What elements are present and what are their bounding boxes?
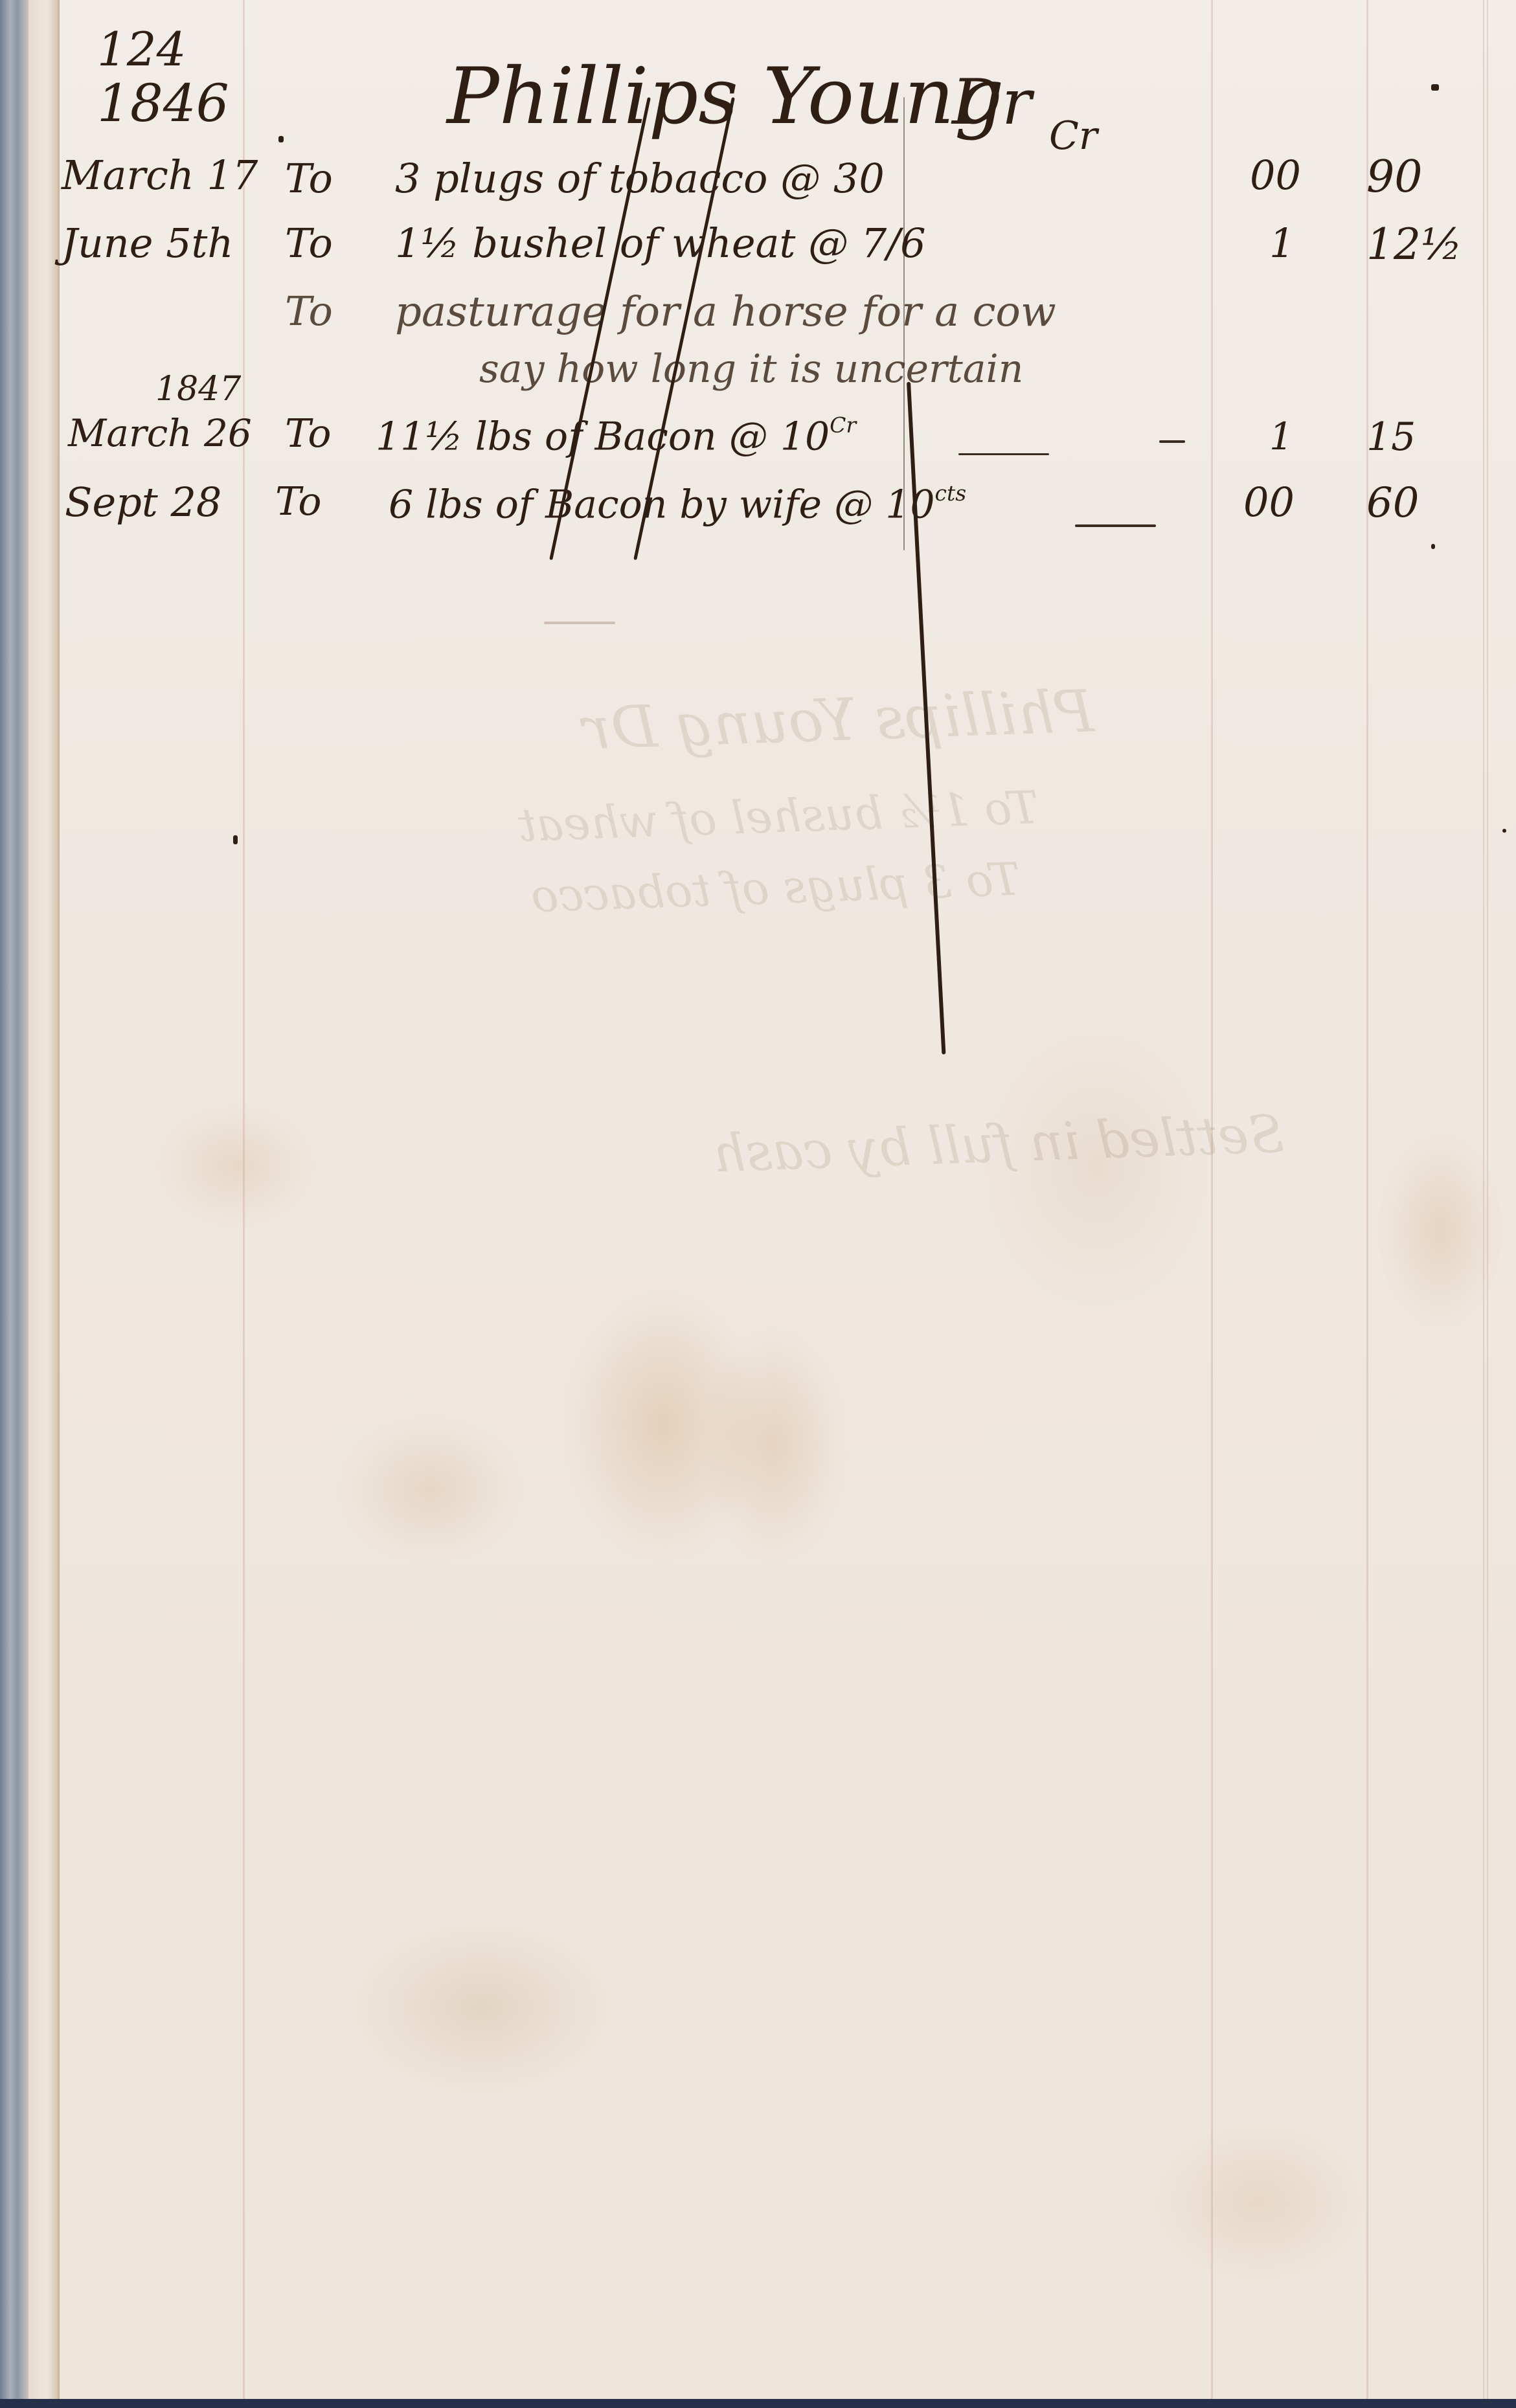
background-strip (0, 2399, 1516, 2408)
entry-cents: 90 (1366, 155, 1423, 199)
ruled-line-dollars-column (1211, 0, 1213, 2399)
entry-prefix: To (275, 482, 321, 521)
year-label: 1846 (97, 78, 229, 129)
entry-dollars: 1 (1269, 418, 1293, 455)
entry-prefix: To (285, 414, 331, 453)
entry-date: Sept 28 (65, 482, 221, 523)
year-label: 1847 (155, 372, 241, 406)
ink-speck (1431, 84, 1439, 91)
book-binding-edge (0, 0, 28, 2408)
entry-description: pasturage for a horse for a cow (395, 291, 1056, 333)
entry-cents: 12½ (1366, 223, 1462, 266)
smudge-mark (544, 622, 615, 624)
entry-description: 11½ lbs of Bacon @ 10Cr (376, 414, 856, 456)
ink-speck (1431, 544, 1435, 549)
ink-speck (233, 835, 238, 844)
entry-description: 1½ bushel of wheat @ 7/6 (395, 223, 926, 264)
dotted-guide-line (903, 97, 905, 550)
entry-description-sup: cts (935, 480, 967, 506)
entry-cents: 60 (1366, 482, 1419, 524)
entry-cents: 15 (1366, 418, 1416, 456)
entry-description-text: 6 lbs of Bacon by wife @ 10 (389, 482, 935, 527)
page-number: 124 (97, 26, 186, 73)
cts-overline-mark (958, 453, 1049, 455)
dash-mark (1159, 440, 1185, 443)
entry-dollars: 00 (1250, 155, 1301, 196)
entry-date: March 17 (62, 155, 258, 196)
underline-mark (1075, 524, 1156, 527)
entry-description-text: 11½ lbs of Bacon @ 10 (376, 414, 830, 459)
ruled-line-cents-column (1366, 0, 1368, 2399)
entry-date: June 5th (62, 223, 233, 264)
entry-date: March 26 (68, 414, 252, 452)
account-debit-label: Dr (952, 71, 1032, 133)
ink-speck (278, 136, 284, 142)
ruled-line-right-margin (1483, 0, 1488, 2399)
ruled-line-date-column (243, 0, 245, 2399)
entry-description-continuation: say how long it is uncertain (479, 350, 1023, 388)
entry-description-sup: Cr (830, 412, 856, 438)
entry-description: 3 plugs of tobacco @ 30 (395, 159, 885, 199)
entry-dollars: 1 (1269, 223, 1295, 264)
credit-mark: Cr (1049, 117, 1098, 155)
entry-dollars: 00 (1243, 482, 1295, 523)
entry-prefix: To (285, 159, 333, 199)
page-gutter-edge (28, 0, 60, 2399)
entry-prefix: To (285, 291, 333, 332)
ink-speck (1502, 829, 1506, 833)
entry-prefix: To (285, 223, 333, 264)
entry-description: 6 lbs of Bacon by wife @ 10cts (389, 482, 966, 524)
